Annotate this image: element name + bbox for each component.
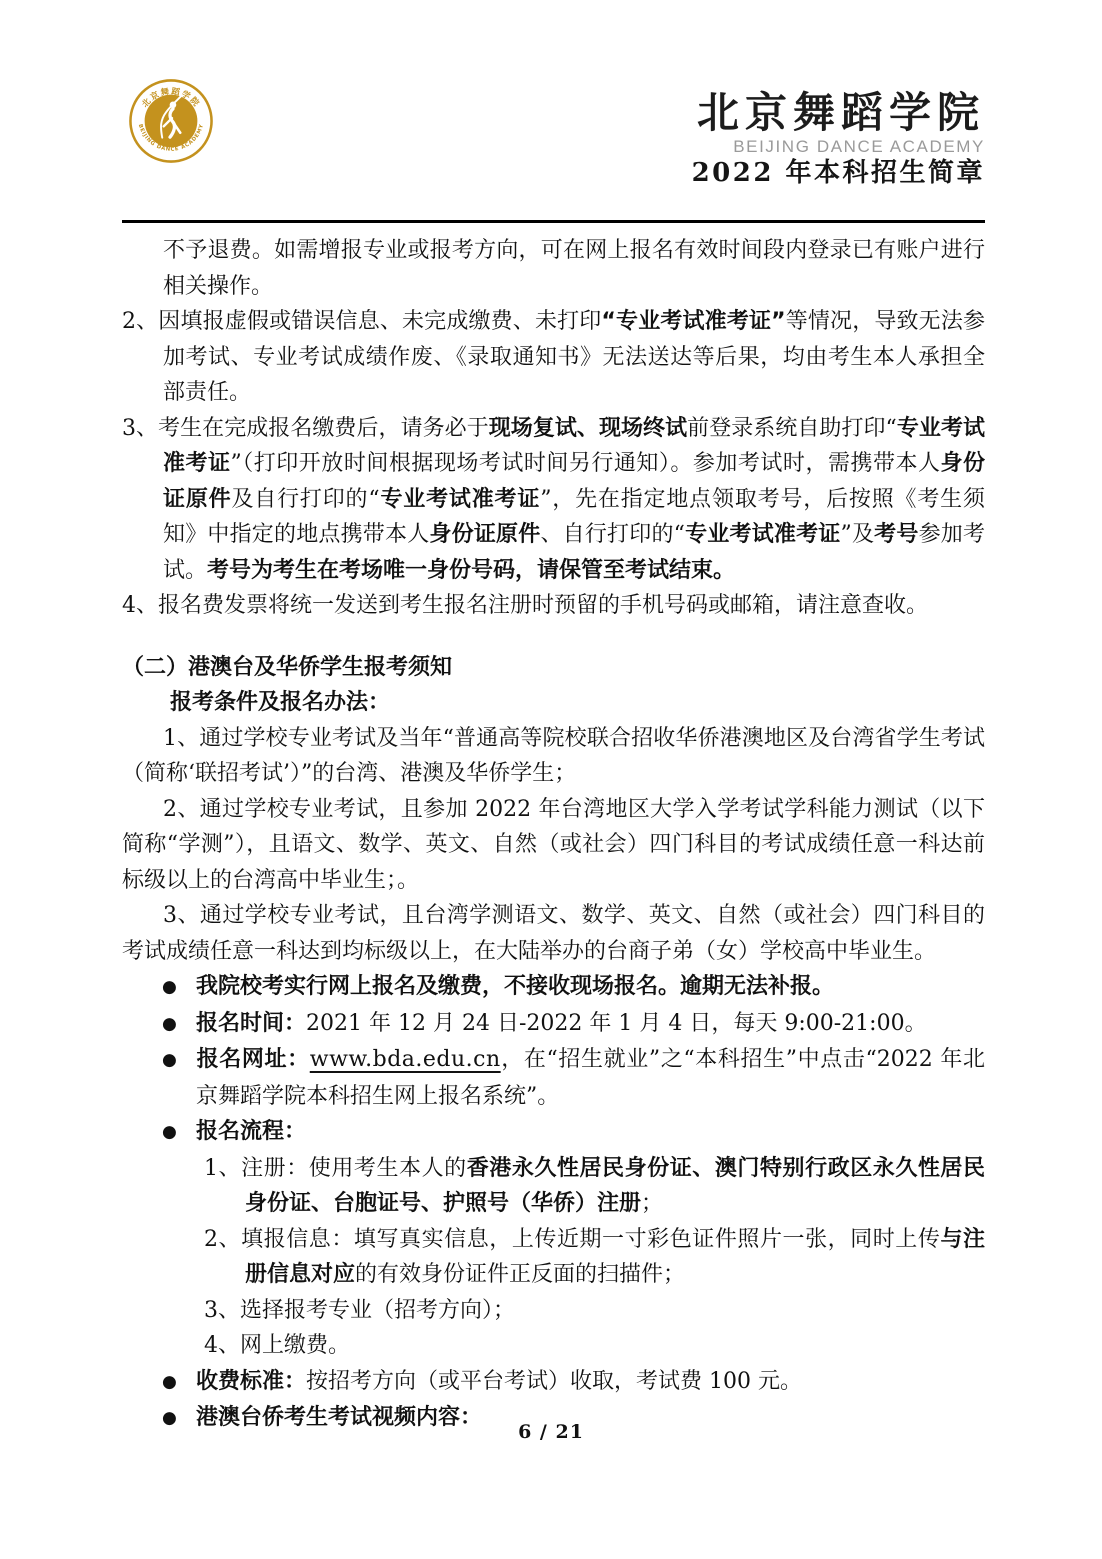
emphasis-text: 收费标准： [196,1369,306,1394]
emphasis-text: 专业考试准考证 [380,487,541,512]
page-header: 北京舞蹈学院 BEIJING DANCE ACADEMY 北京舞蹈学院 BEIJ… [0,0,1102,186]
bullet-registration-time: ●报名时间：2021 年 12 月 24 日-2022 年 1 月 4 日，每天… [196,1006,985,1043]
emphasis-text: 考号 [874,522,918,547]
emphasis-text: 专业 [897,416,941,441]
header-divider [122,220,985,223]
body-text: 4、网上缴费。 [204,1333,350,1358]
body-text: 3、考生在完成报名缴费后，请务必于 [122,416,489,441]
academy-name-en: BEIJING DANCE ACADEMY [692,138,985,155]
page-footer: 6 / 21 [0,1421,1102,1443]
emphasis-text: 报考条件及报名办法： [170,690,390,715]
bullet-icon: ● [162,1115,196,1151]
numbered-item-4: 4、报名费发票将统一发送到考生报名注册时预留的手机号码或邮箱，请注意查收。 [163,588,985,624]
registration-url-link[interactable]: www.bda.edu.cn [310,1047,501,1072]
body-text: 2、填报信息：填写真实信息，上传近期一寸彩色证件照片一张，同时上传 [204,1227,940,1252]
process-step-4: 4、网上缴费。 [245,1328,985,1364]
body-text: ”（打印开放时间根据现场考试时间另行通知）。参加考试时，需携带本人 [231,451,941,476]
body-text: 2、因填报虚假或错误信息、未完成缴费、未打印 [122,309,601,334]
body-text: 3、选择报考专业（招考方向）； [204,1298,515,1323]
process-step-2: 2、填报信息：填写真实信息，上传近期一寸彩色证件照片一张，同时上传与注册信息对应… [245,1222,985,1293]
bullet-icon: ● [162,1043,196,1079]
body-text: 2、通过学校专业考试，且参加 2022 年台湾地区大学入学考试学科能力测试（以下… [122,797,985,893]
emphasis-text: 我院校考实行网上报名及缴费，不接收现场报名。逾期无法补报。 [196,974,834,999]
condition-paragraph-1: 1、通过学校专业考试及当年“普通高等院校联合招收华侨港澳地区及台湾省学生考试（简… [122,721,985,792]
body-text: 不予退费。如需增报专业或报考方向，可在网上报名有效时间段内登录已有账户进行相关操… [163,238,985,299]
bullet-fee-standard: ●收费标准：按招考方向（或平台考试）收取，考试费 100 元。 [196,1364,985,1401]
emphasis-text: 身份证原件 [429,522,540,547]
emphasis-text: 报名时间： [196,1011,306,1036]
bullet-icon: ● [162,1365,196,1401]
bullet-registration-url: ●报名网址：www.bda.edu.cn，在“招生就业”之“本科招生”中点击“2… [196,1042,985,1114]
body-text: ”及 [841,522,875,547]
section-heading-hmt-overseas: （二）港澳台及华侨学生报考须知 [122,650,985,686]
document-body: 不予退费。如需增报专业或报考方向，可在网上报名有效时间段内登录已有账户进行相关操… [122,233,985,1437]
emphasis-text: 专业考试准考证 [685,522,841,547]
process-step-3: 3、选择报考专业（招考方向）； [245,1293,985,1329]
process-step-1: 1、注册：使用考生本人的香港永久性居民身份证、澳门特别行政区永久性居民身份证、台… [245,1151,985,1222]
body-text: 、自行打印的“ [540,522,684,547]
body-text: 按招考方向（或平台考试）收取，考试费 100 元。 [306,1369,802,1394]
body-text: 及自行打印的“ [231,487,379,512]
bullet-icon: ● [162,970,196,1006]
sub-heading-conditions: 报考条件及报名办法： [170,685,985,721]
bullet-online-registration-only: ●我院校考实行网上报名及缴费，不接收现场报名。逾期无法补报。 [196,969,985,1006]
body-text: 2021 年 12 月 24 日-2022 年 1 月 4 日，每天 9:00-… [306,1011,927,1036]
bullet-icon: ● [162,1007,196,1043]
emphasis-text: “专业考试准考证” [601,309,785,334]
body-text: 前登录系统自助打印“ [687,416,897,441]
body-text: 3、通过学校专业考试，且台湾学测语文、数学、英文、自然（或社会）四门科目的考试成… [122,903,985,964]
brochure-title: 2022 年本科招生简章 [692,160,985,186]
emphasis-text: （二）港澳台及华侨学生报考须知 [122,655,452,680]
body-text: 的有效身份证件正反面的扫描件； [355,1262,685,1287]
academy-name-cn: 北京舞蹈学院 [692,92,985,134]
body-text: ； [641,1191,663,1216]
body-text: 1、注册：使用考生本人的 [204,1156,467,1181]
body-text: 4、报名费发票将统一发送到考生报名注册时预留的手机号码或邮箱，请注意查收。 [122,593,928,618]
condition-paragraph-2: 2、通过学校专业考试，且参加 2022 年台湾地区大学入学考试学科能力测试（以下… [122,792,985,899]
carryover-paragraph: 不予退费。如需增报专业或报考方向，可在网上报名有效时间段内登录已有账户进行相关操… [163,233,985,304]
condition-paragraph-3: 3、通过学校专业考试，且台湾学测语文、数学、英文、自然（或社会）四门科目的考试成… [122,898,985,969]
numbered-item-2: 2、因填报虚假或错误信息、未完成缴费、未打印“专业考试准考证”等情况，导致无法参… [163,304,985,411]
emphasis-text: 报名网址： [196,1047,310,1072]
emphasis-text: 报名流程： [196,1119,306,1144]
numbered-item-3: 3、考生在完成报名缴费后，请务必于现场复试、现场终试前登录系统自助打印“专业考试… [163,411,985,589]
body-text: 1、通过学校专业考试及当年“普通高等院校联合招收华侨港澳地区及台湾省学生考试（简… [122,726,985,787]
page-number: 6 / 21 [518,1421,584,1443]
bullet-registration-process: ●报名流程： [196,1114,985,1151]
emphasis-text: 现场复试、现场终试 [489,416,687,441]
emphasis-text: 考号为考生在考场唯一身份号码，请保管至考试结束。 [207,558,735,583]
document-page: 北京舞蹈学院 BEIJING DANCE ACADEMY 北京舞蹈学院 BEIJ… [0,0,1102,1559]
header-title-block: 北京舞蹈学院 BEIJING DANCE ACADEMY 2022 年本科招生简… [692,92,985,186]
academy-logo-seal: 北京舞蹈学院 BEIJING DANCE ACADEMY [128,78,214,164]
